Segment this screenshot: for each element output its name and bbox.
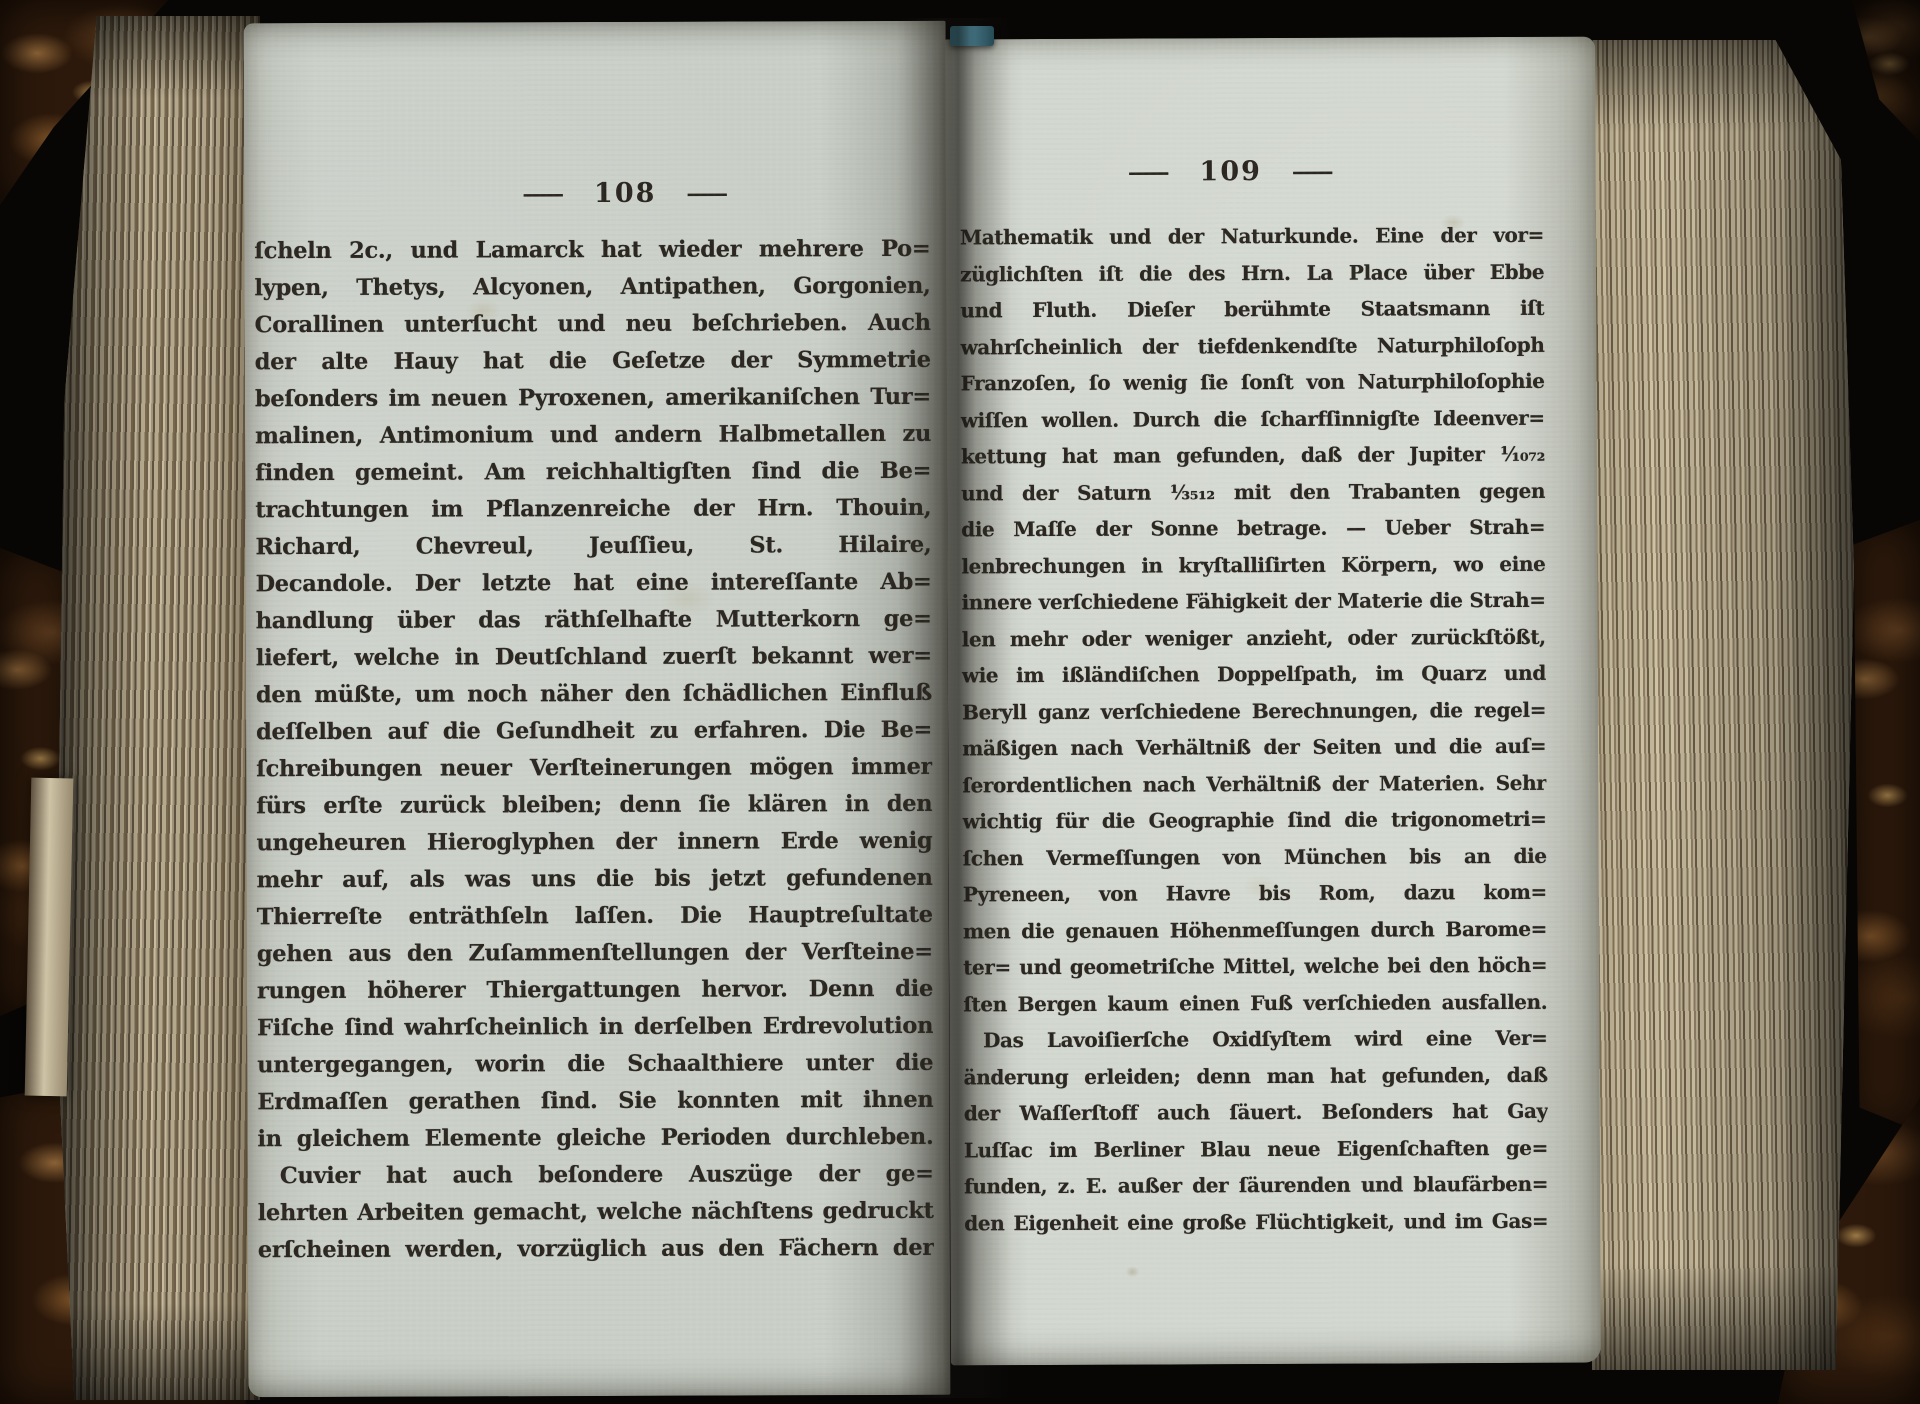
page-edges-left [56, 16, 260, 1400]
right-page-line-16: ſerordentlichen nach Verhältniß der Mate… [962, 764, 1546, 803]
right-page-line-21: ter= und geometriſche Mittel, welche bei… [963, 947, 1547, 986]
left-page-line-10: Decandole. Der letzte hat eine intereſſa… [255, 564, 931, 603]
right-page-line-27: funden, z. E. außer der ſäurenden und bl… [964, 1166, 1548, 1205]
right-page-line-19: Pyreneen, von Havre bis Rom, dazu kom= [963, 874, 1547, 913]
left-page-line-1: ſcheln 2c., und Lamarck hat wieder mehre… [254, 231, 930, 270]
right-page-line-20: men die genauen Höhenmeſſungen durch Bar… [963, 910, 1547, 949]
left-page-line-27: lehrten Arbeiten gemacht, welche nächſte… [258, 1193, 934, 1232]
right-page-line-13: wie im ißländiſchen Doppelſpath, im Quar… [962, 655, 1546, 694]
left-page-header: — 108 — [304, 177, 946, 210]
spine-headband [950, 26, 994, 46]
right-page-line-25: der Waſſerſtoff auch ſäuert. Beſonders h… [964, 1093, 1548, 1132]
right-page-line-17: wichtig für die Geographie ſind die trig… [962, 801, 1546, 840]
header-dash-left: — [1126, 159, 1170, 185]
right-page-line-8: und der Saturn ¹⁄₃₅₁₂ mit den Trabanten … [961, 472, 1545, 511]
left-page-line-17: ungeheuren Hieroglyphen der innern Erde … [256, 823, 932, 862]
left-page-line-16: fürs erſte zurück bleiben; denn ſie klär… [256, 786, 932, 825]
right-page-line-6: wiſſen wollen. Durch die ſcharfſinnigſte… [961, 399, 1545, 438]
right-page-line-23: Das Lavoiſierſche Oxidſyſtem wird eine V… [963, 1020, 1547, 1059]
left-page-line-23: untergegangen, worin die Schaalthiere un… [257, 1045, 933, 1084]
right-page-number: 109 [1199, 156, 1262, 187]
left-page-text-block: ſcheln 2c., und Lamarck hat wieder mehre… [254, 231, 934, 1269]
right-page-line-22: ſten Bergen kaum einen Fuß verſchieden a… [963, 983, 1547, 1022]
right-page-line-14: Beryll ganz verſchiedene Berechnungen, d… [962, 691, 1546, 730]
left-page-line-5: beſonders im neuen Pyroxenen, amerikaniſ… [255, 379, 931, 418]
left-page-line-19: Thierreſte enträthſeln laſſen. Die Haupt… [257, 897, 933, 936]
header-dash-right: — [685, 180, 729, 206]
left-page-line-15: ſchreibungen neuer Verſteinerungen mögen… [256, 749, 932, 788]
right-page-line-28: den Eigenheit eine große Flüchtigkeit, u… [964, 1202, 1548, 1241]
left-page-line-6: malinen, Antimonium und andern Halbmetal… [255, 416, 931, 455]
loose-page-edge [25, 778, 74, 1097]
book-cover-marble-right [1848, 520, 1920, 1132]
left-page-line-2: lypen, Thetys, Alcyonen, Antipathen, Gor… [254, 268, 930, 307]
page-edges-right [1592, 40, 1854, 1370]
right-page-line-2: züglichſten iſt die des Hrn. La Place üb… [960, 253, 1544, 292]
left-page-line-26: Cuvier hat auch beſondere Auszüge der ge… [258, 1156, 934, 1195]
left-page-line-11: handlung über das räthſelhafte Mutterkor… [256, 601, 932, 640]
right-page-line-7: kettung hat man gefunden, daß der Jupite… [961, 436, 1545, 475]
right-page-line-1: Mathematik und der Naturkunde. Eine der … [960, 217, 1544, 256]
left-page-line-18: mehr auf, als was uns die bis jetzt gefu… [257, 860, 933, 899]
right-page-line-4: wahrſcheinlich der tiefdenkendſte Naturp… [960, 326, 1544, 365]
left-page-line-3: Corallinen unterſucht und neu beſchriebe… [255, 305, 931, 344]
left-page-line-21: rungen höherer Thiergattungen hervor. De… [257, 971, 933, 1010]
right-page-line-12: len mehr oder weniger anzieht, oder zurü… [962, 618, 1546, 657]
left-page-line-20: gehen aus den Zuſammenſtellungen der Ver… [257, 934, 933, 973]
right-page-line-5: Franzoſen, ſo wenig ſie ſonſt von Naturp… [961, 363, 1545, 402]
left-page-line-24: Erdmaſſen gerathen ſind. Sie konnten mit… [257, 1082, 933, 1121]
right-page-line-18: ſchen Vermeſſungen von München bis an di… [963, 837, 1547, 876]
right-page-line-15: mäßigen nach Verhältniß der Seiten und d… [962, 728, 1546, 767]
right-page-line-11: innere verſchiedene Fähigkeit der Materi… [961, 582, 1545, 621]
left-page-line-13: den müßte, um noch näher den ſchädlichen… [256, 675, 932, 714]
right-page-line-3: und Fluth. Dieſer berühmte Staatsmann iſ… [960, 290, 1544, 329]
right-page-line-10: lenbrechungen in kryſtalliſirten Körpern… [961, 545, 1545, 584]
right-page-line-24: änderung erleiden; denn man hat gefunden… [964, 1056, 1548, 1095]
right-page-line-26: Luſſac im Berliner Blau neue Eigenſchaft… [964, 1129, 1548, 1168]
right-page-header: — 109 — [946, 155, 1516, 188]
left-page-line-25: in gleichem Elemente gleiche Perioden du… [257, 1119, 933, 1158]
header-dash-left: — [521, 181, 565, 207]
left-page-line-28: erſcheinen werden, vorzüglich aus den Fä… [258, 1230, 934, 1269]
right-page-line-9: die Maſſe der Sonne betrage. — Ueber Str… [961, 509, 1545, 548]
left-page: — 108 — ſcheln 2c., und Lamarck hat wied… [244, 21, 951, 1397]
right-page-text-block: Mathematik und der Naturkunde. Eine der … [960, 217, 1548, 1242]
left-page-line-12: liefert, welche in Deutſchland zuerſt be… [256, 638, 932, 677]
left-page-line-22: Fiſche ſind wahrſcheinlich in derſelben … [257, 1008, 933, 1047]
left-page-line-4: der alte Hauy hat die Geſetze der Symmet… [255, 342, 931, 381]
left-page-number: 108 [594, 178, 656, 209]
left-page-line-8: trachtungen im Pflanzenreiche der Hrn. T… [255, 490, 931, 529]
left-page-line-14: deſſelben auf die Geſundheit zu erfahren… [256, 712, 932, 751]
left-page-line-7: finden gemeint. Am reichhaltigſten ſind … [255, 453, 931, 492]
left-page-line-9: Richard, Chevreul, Jeuſſieu, St. Hilaire… [255, 527, 931, 566]
right-page: — 109 — Mathematik und der Naturkunde. E… [945, 37, 1601, 1366]
book-photograph: — 108 — ſcheln 2c., und Lamarck hat wied… [0, 0, 1920, 1404]
header-dash-right: — [1291, 158, 1335, 184]
book-cover-marble-top-right [1852, 0, 1920, 142]
